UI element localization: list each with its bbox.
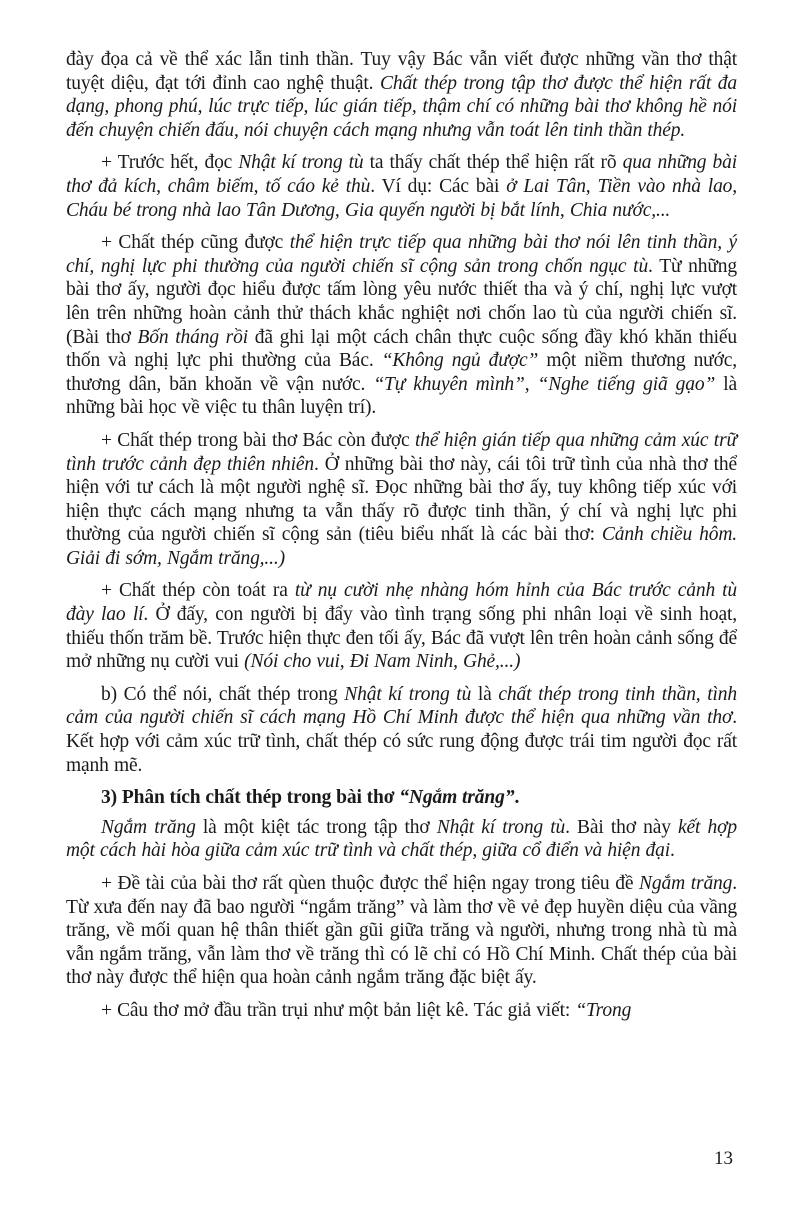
text-run: + Câu thơ mở đầu trần trụi như một bản l… [101, 1000, 575, 1021]
italic-text-run: Ngắm trăng [101, 817, 196, 838]
text-run: + Chất thép cũng được [101, 232, 290, 253]
section-heading-suffix: . [514, 787, 519, 808]
book-page-text-column: đày đọa cả về thể xác lẫn tinh thần. Tuy… [66, 48, 737, 1032]
italic-text-run: “Nghe tiếng giã gạo” [538, 374, 716, 395]
italic-text-run: “Không ngủ được” [382, 350, 539, 371]
paragraph: đày đọa cả về thể xác lẫn tinh thần. Tuy… [66, 48, 737, 142]
paragraph: + Chất thép còn toát ra từ nụ cười nhẹ n… [66, 579, 737, 673]
italic-text-run: Nhật kí trong tù [437, 817, 565, 838]
italic-text-run: Ngắm trăng [639, 873, 732, 894]
italic-text-run: “Tự khuyên mình” [373, 374, 524, 395]
paragraph: + Đề tài của bài thơ rất qùen thuộc được… [66, 872, 737, 990]
text-run: + Trước hết, đọc [101, 152, 238, 173]
paragraph: Ngắm trăng là một kiệt tác trong tập thơ… [66, 816, 737, 863]
italic-text-run: Nhật kí trong tù [238, 152, 363, 173]
text-run: + Đề tài của bài thơ rất qùen thuộc được… [101, 873, 639, 894]
paragraph: + Câu thơ mở đầu trần trụi như một bản l… [66, 999, 737, 1023]
section-heading-poem-title: “Ngắm trăng” [399, 787, 514, 808]
paragraph: + Chất thép trong bài thơ Bác còn được t… [66, 429, 737, 571]
text-run: là một kiệt tác trong tập thơ [196, 817, 437, 838]
text-run: ta thấy chất thép thể hiện rất rõ [363, 152, 622, 173]
text-run: , [525, 374, 538, 395]
section-heading-prefix: 3) Phân tích chất thép trong bài thơ [101, 787, 399, 808]
text-run: . [670, 840, 675, 861]
paragraph: + Chất thép cũng được thể hiện trực tiếp… [66, 231, 737, 420]
text-run: b) Có thể nói, chất thép trong [101, 684, 344, 705]
italic-text-run: Bốn tháng rồi [138, 327, 248, 348]
page-number: 13 [714, 1148, 733, 1170]
section-heading: 3) Phân tích chất thép trong bài thơ “Ng… [66, 786, 737, 810]
text-run: . Bài thơ này [565, 817, 678, 838]
text-run: + Chất thép trong bài thơ Bác còn được [101, 430, 415, 451]
text-run: + Chất thép còn toát ra [101, 580, 295, 601]
text-run: . Ví dụ: Các bài [370, 176, 506, 197]
text-run: là [471, 684, 498, 705]
paragraph: + Trước hết, đọc Nhật kí trong tù ta thấ… [66, 151, 737, 222]
italic-text-run: Nhật kí trong tù [344, 684, 471, 705]
italic-text-run: “Trong [575, 1000, 631, 1021]
paragraph: b) Có thể nói, chất thép trong Nhật kí t… [66, 683, 737, 777]
italic-text-run: (Nói cho vui, Đi Nam Ninh, Ghẻ,...) [244, 651, 520, 672]
paragraph-group-before-heading: đày đọa cả về thể xác lẫn tinh thần. Tuy… [66, 48, 737, 777]
paragraph-group-after-heading: Ngắm trăng là một kiệt tác trong tập thơ… [66, 816, 737, 1023]
